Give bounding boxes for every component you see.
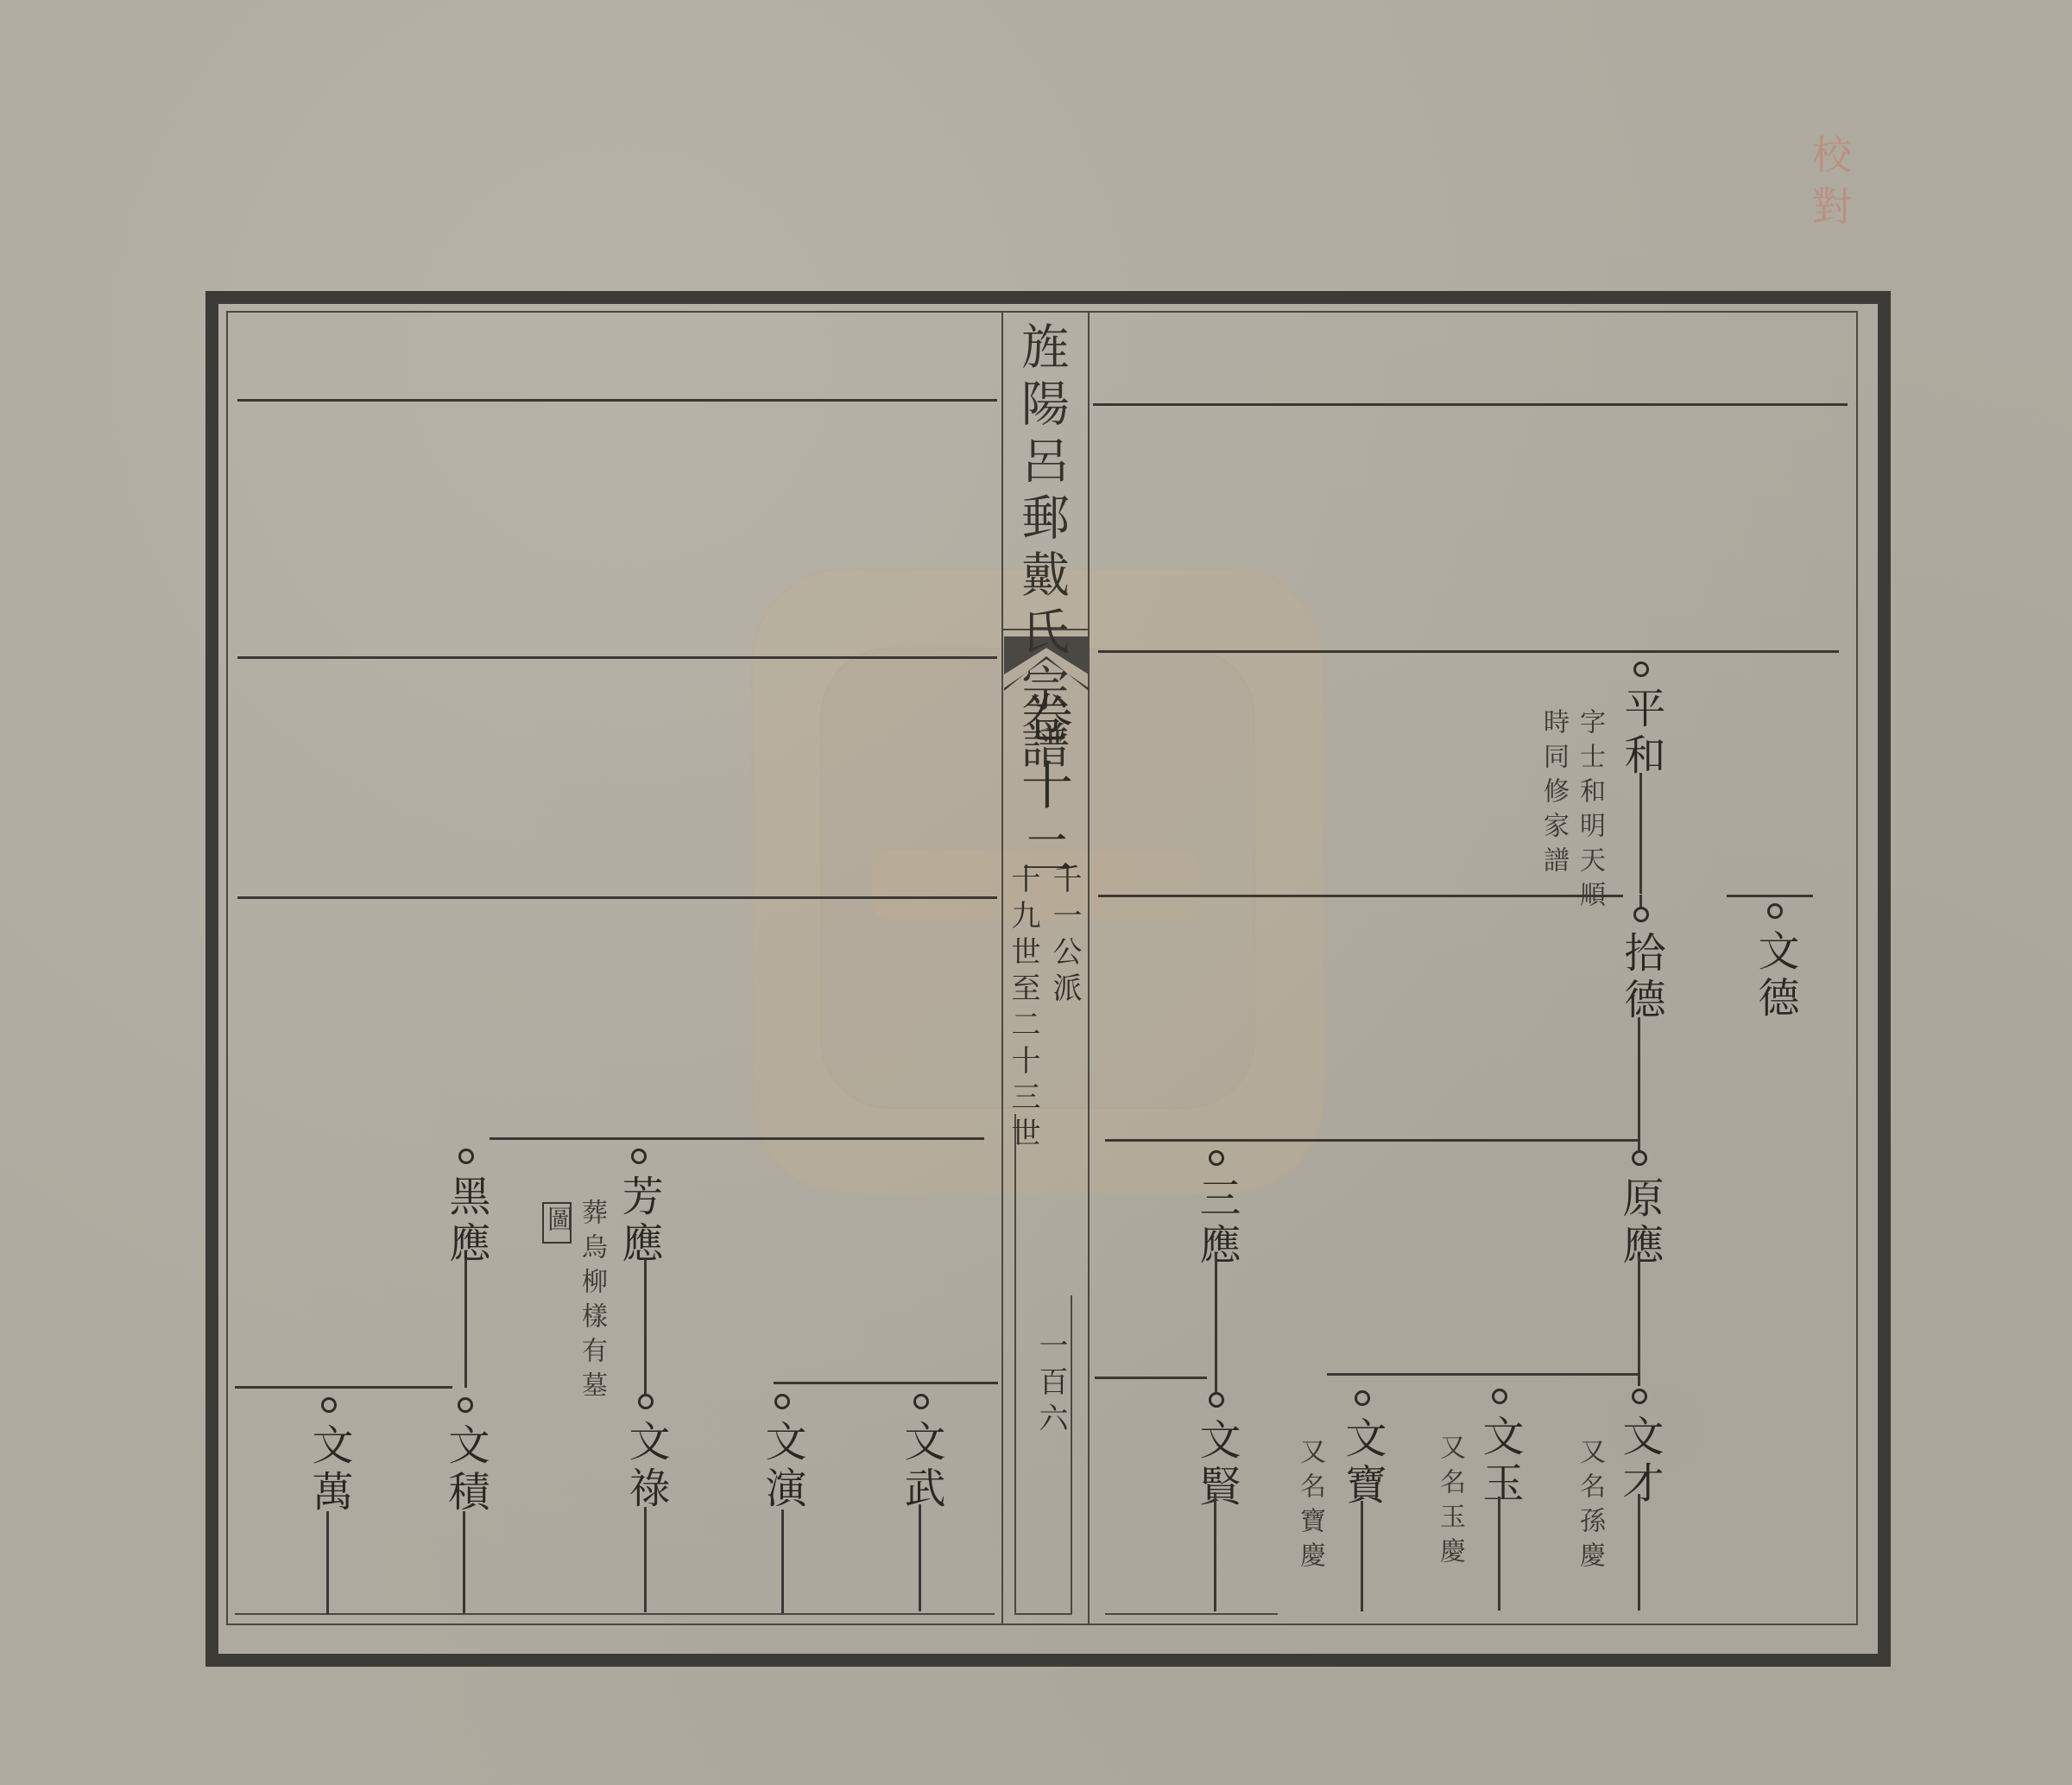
person-fangying[interactable]: 芳應 xyxy=(618,1174,660,1268)
lineage-line xyxy=(1361,1501,1363,1611)
lineage-line xyxy=(644,1507,647,1612)
node-circle-icon xyxy=(638,1394,654,1409)
note-fangying-2: 圖 xyxy=(542,1202,572,1244)
person-wenxian[interactable]: 文賢 xyxy=(1196,1418,1237,1511)
node-circle-icon xyxy=(631,1149,647,1164)
node-circle-icon xyxy=(1633,907,1649,922)
branch-label: 千一公派 xyxy=(1050,864,1079,1009)
person-pinghe[interactable]: 平和 xyxy=(1620,687,1662,780)
node-circle-icon xyxy=(913,1394,929,1409)
person-wenwu[interactable]: 文武 xyxy=(900,1420,942,1513)
right-rule-1 xyxy=(1093,403,1848,406)
person-yuanying[interactable]: 原應 xyxy=(1619,1176,1660,1269)
person-wenji[interactable]: 文積 xyxy=(445,1423,486,1516)
left-rule-5b xyxy=(774,1382,998,1384)
right-rule-2 xyxy=(1098,650,1839,653)
right-rule-4 xyxy=(1105,1139,1639,1142)
person-wende[interactable]: 文德 xyxy=(1754,929,1796,1022)
left-rule-4 xyxy=(490,1137,984,1140)
person-wenyu[interactable]: 文玉 xyxy=(1479,1415,1520,1508)
node-circle-icon xyxy=(1209,1392,1224,1408)
right-rule-5a xyxy=(1095,1377,1207,1379)
page-number: 一百六 xyxy=(1036,1330,1065,1439)
note-pinghe-2: 時同修家譜 xyxy=(1540,708,1566,881)
left-rule-1 xyxy=(237,399,997,402)
note-wenyu: 又名玉慶 xyxy=(1437,1434,1462,1572)
node-circle-icon xyxy=(458,1149,474,1164)
person-shide[interactable]: 拾德 xyxy=(1620,931,1662,1024)
left-rule-5a xyxy=(235,1386,452,1389)
center-inner-rule-left xyxy=(1014,1114,1016,1615)
lineage-line xyxy=(919,1504,921,1611)
lineage-line xyxy=(1639,773,1642,894)
lineage-line xyxy=(326,1511,329,1615)
proofread-seal: 校對 xyxy=(1801,134,1858,237)
node-circle-icon xyxy=(1492,1389,1507,1404)
lineage-line xyxy=(1215,1254,1217,1385)
lineage-line xyxy=(1638,1494,1640,1611)
node-circle-icon xyxy=(1767,903,1783,919)
center-inner-rule-bottom xyxy=(1014,1613,1072,1615)
node-circle-icon xyxy=(1355,1390,1370,1406)
note-fangying-1: 葬烏柳樣有墓 xyxy=(578,1199,604,1406)
left-bottom-rule xyxy=(235,1613,995,1615)
volume-label: 卷十二 xyxy=(1017,691,1069,893)
right-bottom-rule xyxy=(1105,1613,1278,1615)
lineage-line xyxy=(463,1511,465,1613)
node-circle-icon xyxy=(1209,1150,1224,1166)
lineage-line xyxy=(464,1258,467,1388)
note-pinghe-1: 字士和明天順 xyxy=(1576,708,1602,915)
lineage-line xyxy=(644,1259,647,1389)
generations-label: 十九世至二十三世 xyxy=(1008,864,1038,1154)
person-heiying[interactable]: 黑應 xyxy=(445,1174,487,1268)
lineage-line xyxy=(781,1510,784,1613)
center-inner-rule-right xyxy=(1071,1295,1072,1615)
person-wenwan[interactable]: 文萬 xyxy=(308,1423,350,1516)
node-circle-icon xyxy=(774,1394,790,1409)
left-rule-2 xyxy=(237,656,997,659)
right-rule-3a xyxy=(1098,895,1623,897)
lineage-line xyxy=(1639,895,1642,907)
node-circle-icon xyxy=(321,1397,337,1413)
lineage-line xyxy=(1638,1256,1640,1386)
node-circle-icon xyxy=(1633,661,1649,677)
note-wencai: 又名孫慶 xyxy=(1576,1438,1602,1576)
lineage-line xyxy=(1498,1497,1500,1611)
left-rule-3 xyxy=(237,896,997,899)
person-wenbao[interactable]: 文寶 xyxy=(1342,1416,1383,1510)
center-column-left-rule xyxy=(1001,311,1003,1624)
node-circle-icon xyxy=(1632,1150,1647,1166)
right-rule-5b xyxy=(1327,1373,1640,1376)
node-circle-icon xyxy=(458,1397,473,1413)
right-rule-3b xyxy=(1727,895,1813,897)
lineage-line xyxy=(1638,1017,1640,1140)
lineage-line xyxy=(1214,1492,1216,1611)
lineage-line xyxy=(1638,1123,1640,1150)
note-wenbao: 又名寶慶 xyxy=(1297,1438,1323,1576)
person-wenyan[interactable]: 文演 xyxy=(761,1420,803,1513)
person-wenlu[interactable]: 文祿 xyxy=(625,1420,666,1513)
center-column-right-rule xyxy=(1088,311,1090,1624)
node-circle-icon xyxy=(1632,1389,1647,1404)
